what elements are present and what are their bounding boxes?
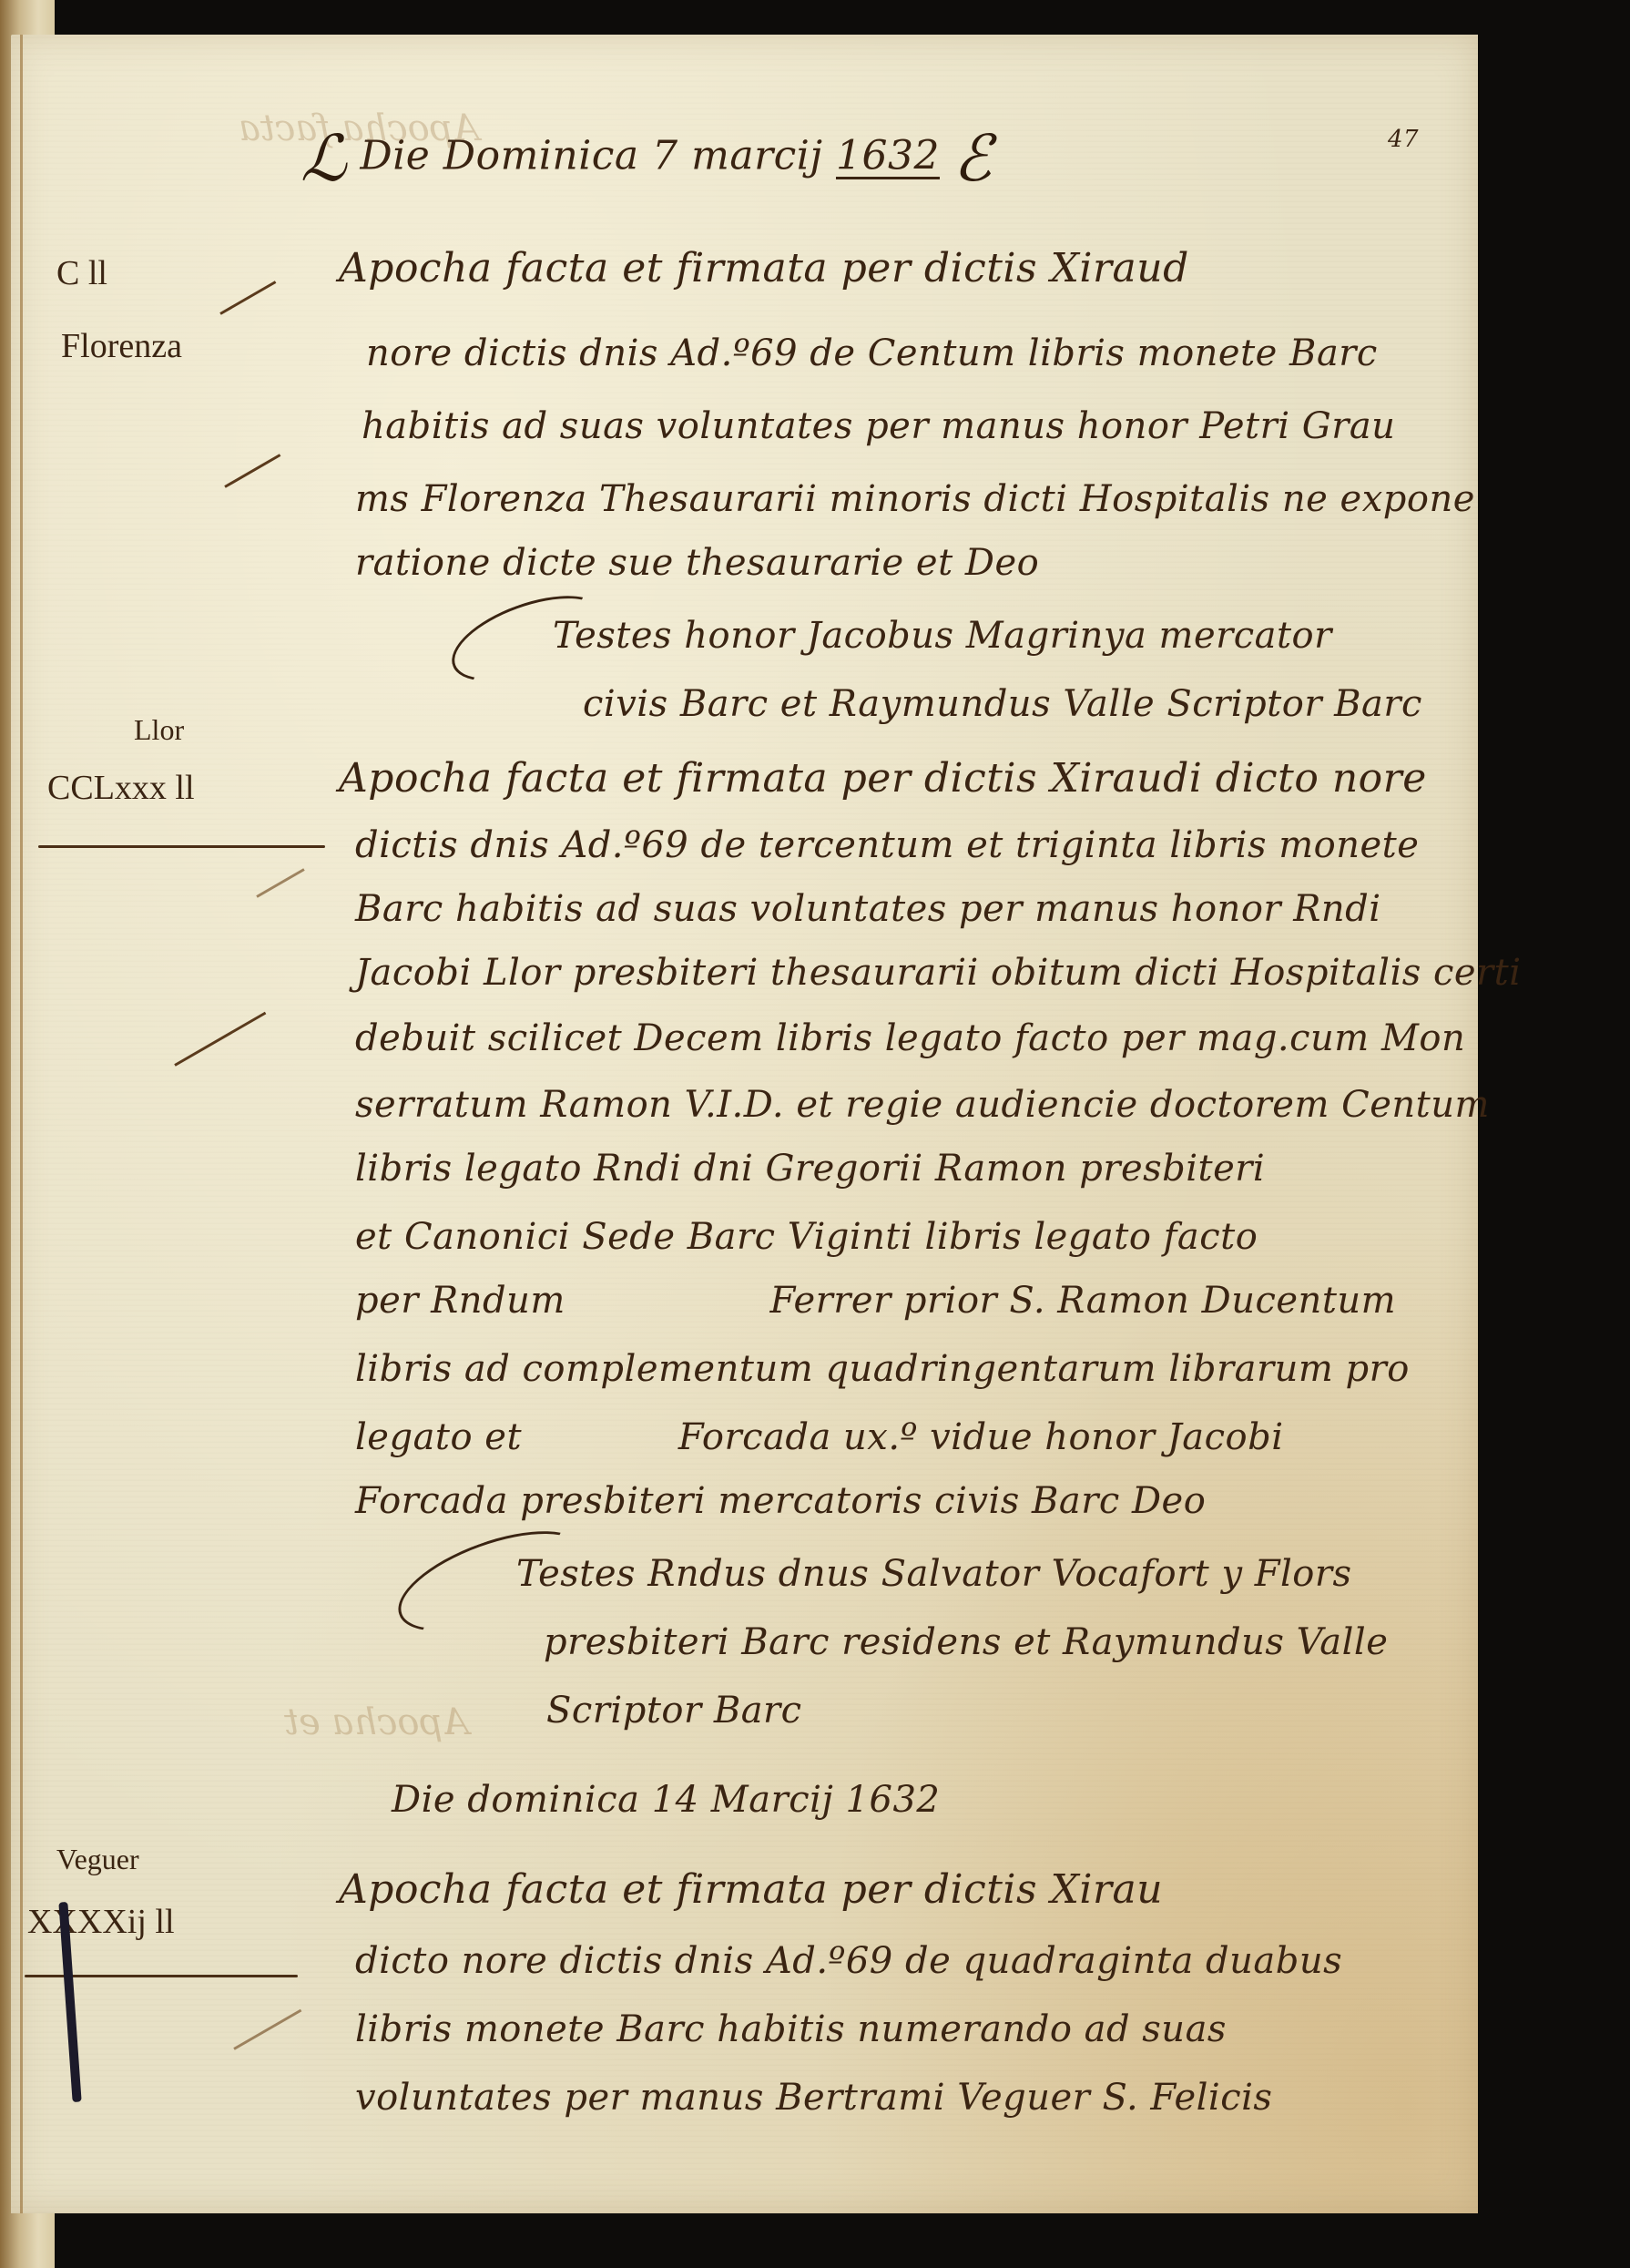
entry-line: habitis ad suas voluntates per manus hon… (362, 408, 1395, 444)
entry-line: ms Florenza Thesaurarii minoris dicti Ho… (355, 481, 1475, 517)
witness-line: civis Barc et Raymundus Valle Scriptor B… (583, 686, 1422, 722)
witness-line: Scriptor Barc (546, 1692, 802, 1729)
date-heading: Die dominica 14 Marcij 1632 (392, 1779, 940, 1821)
margin-amount: XXXXij ll (27, 1902, 175, 1942)
margin-rule (38, 845, 325, 848)
entry-line: dicto nore dictis dnis Ad.º69 de quadrag… (355, 1943, 1342, 1979)
entry-line: dictis dnis Ad.º69 de tercentum et trigi… (355, 827, 1419, 863)
entry-line: Apocha facta et firmata per dictis Xirau… (339, 249, 1189, 289)
entry-line: debuit scilicet Decem libris legato fact… (355, 1020, 1465, 1057)
entry-line: serratum Ramon V.I.D. et regie audiencie… (355, 1087, 1490, 1123)
entry-line: et Canonici Sede Barc Viginti libris leg… (355, 1219, 1258, 1255)
entry-line: ratione dicte sue thesaurarie et Deo (355, 545, 1039, 581)
witness-line: Testes Rndus dnus Salvator Vocafort y Fl… (516, 1556, 1352, 1592)
heading-date: 14 Marcij (652, 1779, 834, 1821)
entry-line: libris ad complementum quadringentarum l… (355, 1351, 1410, 1387)
margin-amount: CCLxxx ll (47, 768, 195, 808)
entry-line: libris monete Barc habitis numerando ad … (355, 2011, 1227, 2048)
entry-line: Forcada presbiteri mercatoris civis Barc… (355, 1483, 1206, 1519)
folio-number: 47 (1388, 126, 1419, 153)
margin-name: Florenza (61, 326, 182, 366)
entry-line: legato et Forcada ux.º vidue honor Jacob… (355, 1419, 1284, 1456)
entry-line: Jacobi Llor presbiteri thesaurarii obitu… (355, 955, 1522, 991)
entry-line: nore dictis dnis Ad.º69 de Centum libris… (366, 335, 1378, 372)
binding-line (20, 35, 23, 2213)
entry-line: libris legato Rndi dni Gregorii Ramon pr… (355, 1150, 1265, 1187)
entry-line: voluntates per manus Bertrami Veguer S. … (355, 2079, 1272, 2116)
margin-amount: C ll (56, 253, 107, 293)
manuscript-page: Apocha facta Apocha et 47 ℒ Die Dominica… (11, 35, 1478, 2213)
heading-date: 7 marcij (652, 133, 822, 179)
entry-line: Apocha facta et firmata per dictis Xirau (339, 1870, 1163, 1910)
heading-year: 1632 (846, 1779, 941, 1821)
manuscript-scan: Apocha facta Apocha et 47 ℒ Die Dominica… (0, 0, 1630, 2268)
heading-day: Die Dominica (360, 133, 638, 179)
check-mark (174, 1012, 266, 1067)
margin-name: Veguer (56, 1843, 139, 1876)
margin-name: Llor (134, 713, 184, 747)
check-mark (224, 454, 280, 488)
check-mark (256, 868, 304, 898)
witness-line: presbiteri Barc residens et Raymundus Va… (544, 1624, 1388, 1660)
check-mark (219, 281, 276, 315)
bleed-through-text: Apocha et (284, 1701, 469, 1743)
entry-line: per Rndum Ferrer prior S. Ramon Ducentum (355, 1282, 1396, 1319)
heading-day: Die dominica (392, 1779, 639, 1821)
heading-year: 1632 (836, 133, 940, 179)
check-mark (233, 2009, 301, 2050)
entry-line: Apocha facta et firmata per dictis Xirau… (339, 759, 1427, 799)
date-heading: ℒ Die Dominica 7 marcij 1632 ℰ (301, 121, 992, 196)
flourish-left-icon: ℒ (301, 121, 347, 196)
entry-line: Barc habitis ad suas voluntates per manu… (355, 891, 1381, 927)
witness-line: Testes honor Jacobus Magrinya mercator (553, 618, 1332, 654)
flourish-right-icon: ℰ (953, 121, 992, 196)
